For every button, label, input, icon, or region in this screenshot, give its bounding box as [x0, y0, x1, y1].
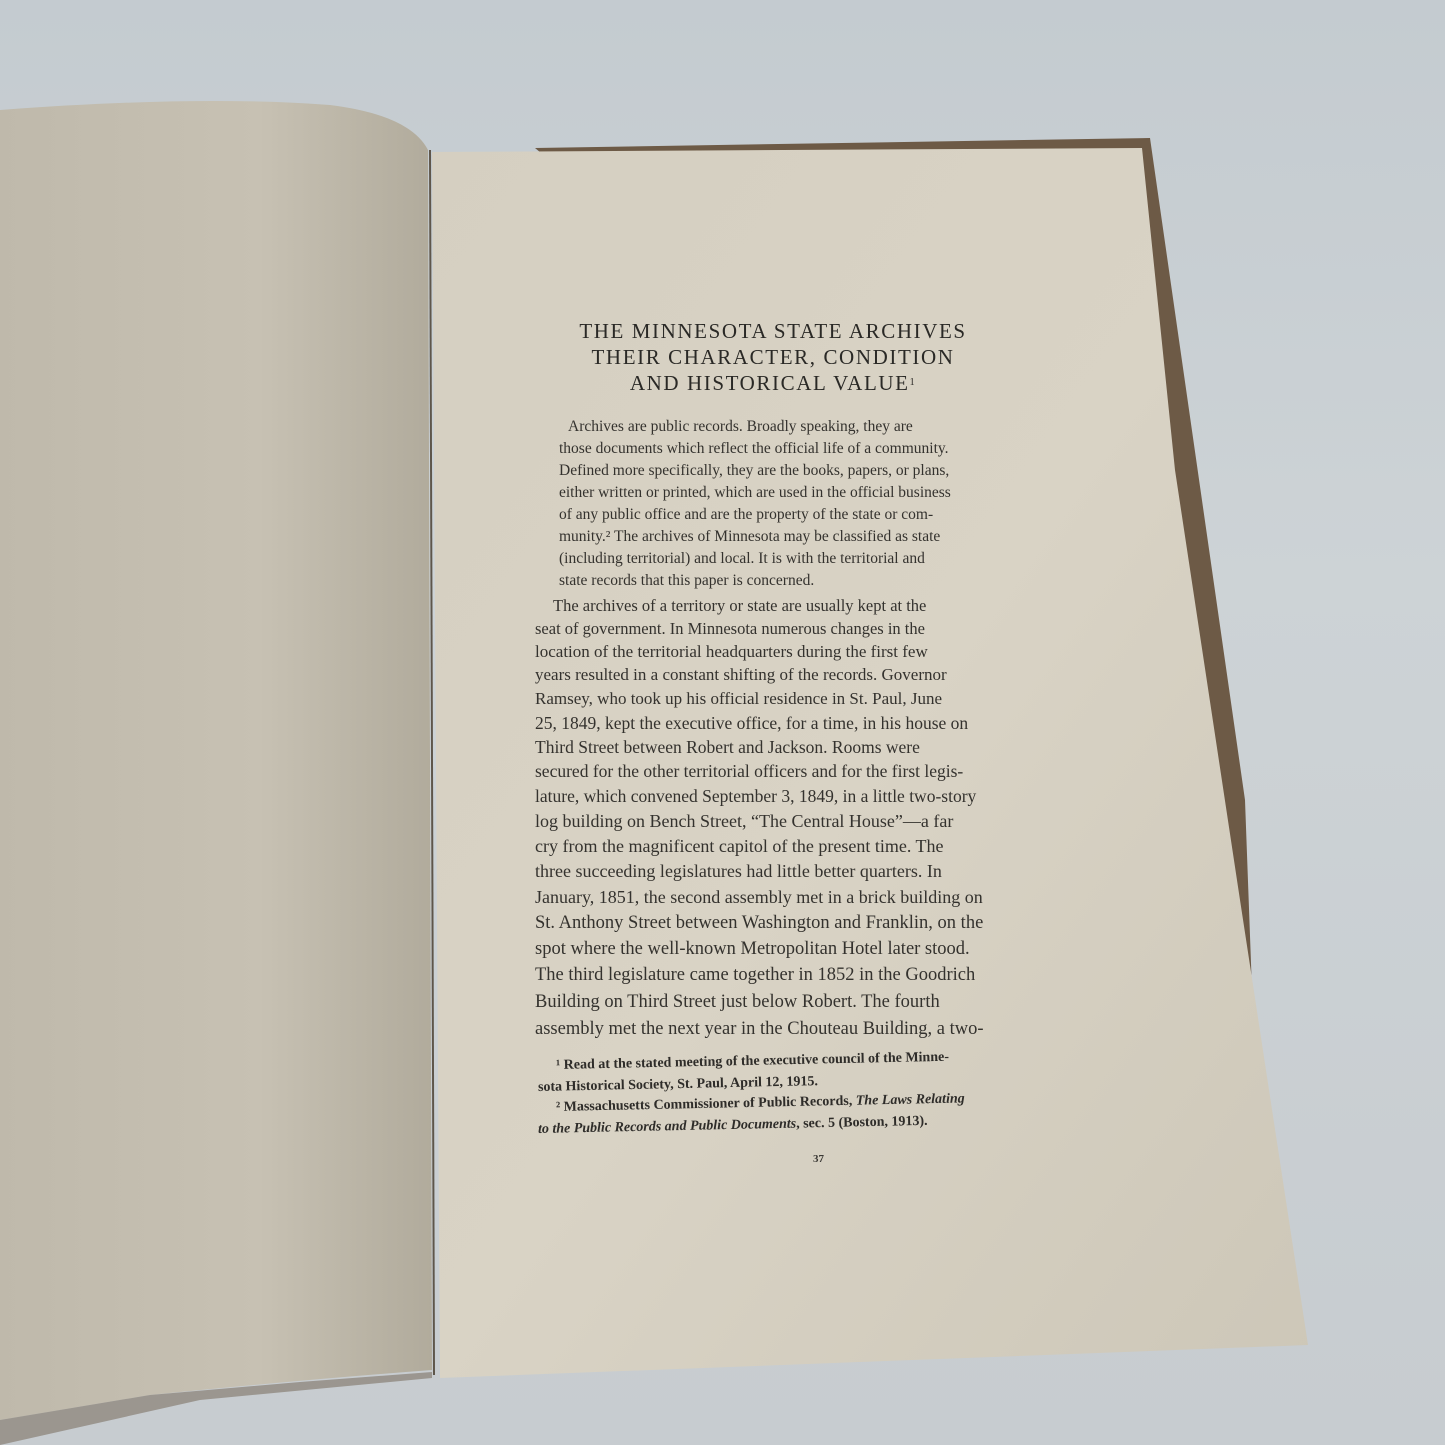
footnote-2-text-cont: , sec. 5 (Boston, 1913).: [796, 1114, 928, 1132]
text-line: those documents which reflect the offici…: [559, 440, 949, 458]
text-line: cry from the magnificent capitol of the …: [535, 836, 944, 857]
text-line: Archives are public records. Broadly spe…: [568, 418, 913, 436]
text-line: Building on Third Street just below Robe…: [535, 992, 940, 1013]
text-line: either written or printed, which are use…: [559, 484, 951, 502]
title-line-2: THEIR CHARACTER, CONDITION: [548, 344, 998, 370]
text-line: 25, 1849, kept the executive office, for…: [535, 713, 968, 734]
text-line: assembly met the next year in the Choute…: [535, 1019, 984, 1040]
title-footnote-marker: 1: [910, 377, 917, 388]
text-line: seat of government. In Minnesota numerou…: [535, 619, 925, 639]
title-line-1: THE MINNESOTA STATE ARCHIVES: [548, 318, 998, 344]
left-page: [0, 101, 432, 1420]
text-line: log building on Bench Street, “The Centr…: [535, 811, 953, 832]
text-line: Defined more specifically, they are the …: [559, 462, 949, 480]
text-line: state records that this paper is concern…: [559, 572, 814, 590]
text-line: spot where the well-known Metropolitan H…: [535, 939, 970, 960]
text-line: secured for the other territorial office…: [535, 761, 963, 782]
text-line: munity.² The archives of Minnesota may b…: [559, 528, 940, 546]
text-line: years resulted in a constant shifting of…: [535, 665, 947, 685]
footnote-2-italic: The Laws Relating: [856, 1091, 965, 1108]
text-line: location of the territorial headquarters…: [535, 642, 928, 662]
text-line: The third legislature came together in 1…: [535, 965, 975, 986]
text-line: January, 1851, the second assembly met i…: [535, 887, 983, 908]
text-line: The archives of a territory or state are…: [553, 596, 926, 616]
text-line: of any public office and are the propert…: [559, 506, 933, 524]
text-line: (including territorial) and local. It is…: [559, 550, 925, 568]
page-number: 37: [813, 1153, 824, 1165]
text-line: Third Street between Robert and Jackson.…: [535, 737, 920, 758]
text-line: St. Anthony Street between Washington an…: [535, 913, 983, 934]
page-title: THE MINNESOTA STATE ARCHIVES THEIR CHARA…: [548, 318, 998, 396]
text-line: three succeeding legislatures had little…: [535, 861, 942, 882]
text-line: lature, which convened September 3, 1849…: [535, 786, 976, 807]
text-line: Ramsey, who took up his official residen…: [535, 689, 942, 709]
title-line-3: AND HISTORICAL VALUE: [630, 371, 910, 395]
